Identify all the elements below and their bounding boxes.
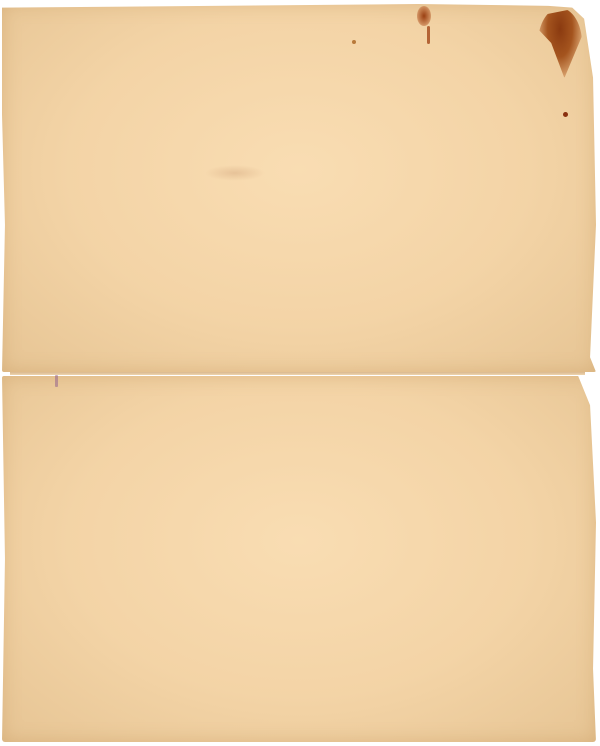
ink-mark — [55, 375, 58, 387]
paper-top-half — [2, 4, 596, 372]
paper-bottom-half — [2, 376, 596, 742]
fold-line — [10, 372, 585, 375]
stain-dot — [563, 112, 568, 117]
stain-top — [417, 6, 431, 26]
stain-drip — [427, 26, 430, 44]
smudge — [205, 165, 265, 181]
stain-fleck — [352, 40, 356, 44]
